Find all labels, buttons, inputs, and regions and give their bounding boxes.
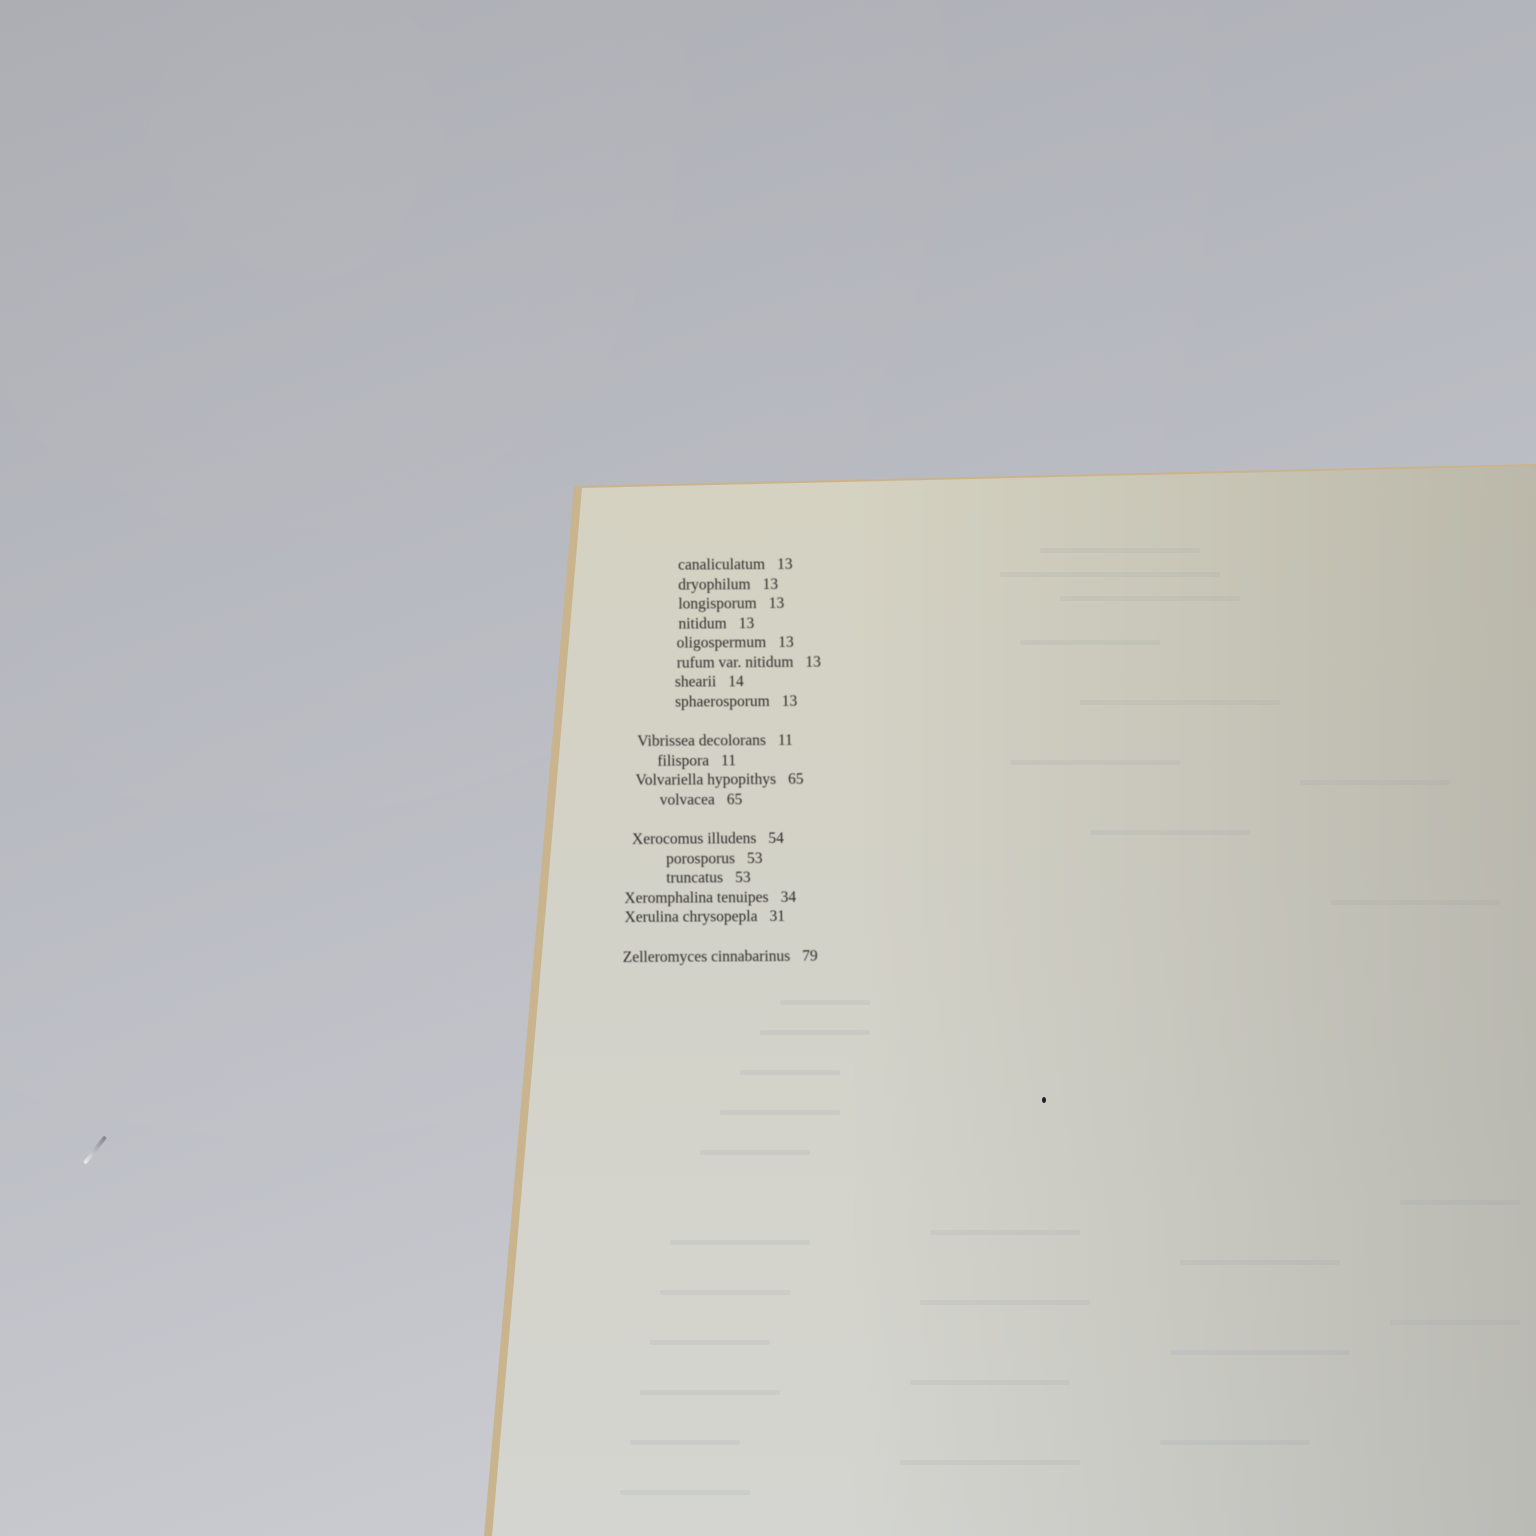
index-entry: rufum var. nitidum13 bbox=[621, 652, 821, 673]
index-entry: Xeromphalina tenuipes34 bbox=[622, 887, 822, 908]
index-page-number: 13 bbox=[769, 595, 785, 612]
index-page-number: 13 bbox=[782, 692, 798, 709]
index-group-v: Vibrissea decolorans11 filispora11 Volva… bbox=[621, 731, 822, 810]
index-entry: Vibrissea decolorans11 bbox=[621, 731, 821, 752]
index-term: longisporum bbox=[678, 595, 756, 613]
index-page-number: 11 bbox=[778, 732, 793, 749]
index-page-number: 13 bbox=[777, 556, 793, 573]
index-term: nitidum bbox=[678, 615, 726, 632]
index-entry: shearii14 bbox=[621, 672, 821, 693]
index-page-number: 65 bbox=[727, 791, 743, 808]
index-group-z: Zelleromyces cinnabarinus79 bbox=[623, 946, 823, 967]
index-group-v-subentries: canaliculatum13 dryophilum13 longisporum… bbox=[620, 555, 821, 712]
index-term: Xerocomus illudens bbox=[632, 830, 757, 848]
index-page-number: 13 bbox=[778, 634, 794, 651]
group-spacer bbox=[621, 711, 821, 732]
index-term: Vibrissea decolorans bbox=[637, 732, 766, 750]
index-page-number: 54 bbox=[768, 830, 784, 847]
index-page-number: 13 bbox=[762, 575, 778, 592]
index-term: Zelleromyces cinnabarinus bbox=[623, 947, 791, 965]
index-entry: Xerocomus illudens54 bbox=[622, 829, 822, 850]
index-entry: nitidum13 bbox=[620, 613, 820, 634]
index-list: canaliculatum13 dryophilum13 longisporum… bbox=[620, 555, 823, 967]
group-spacer bbox=[622, 809, 822, 830]
index-page-number: 31 bbox=[769, 908, 785, 925]
index-page-number: 13 bbox=[739, 615, 755, 632]
index-entry: oligospermum13 bbox=[621, 633, 821, 654]
index-term: dryophilum bbox=[678, 576, 750, 594]
index-entry: canaliculatum13 bbox=[620, 555, 820, 576]
index-term: sphaerosporum bbox=[675, 692, 770, 710]
index-entry: longisporum13 bbox=[620, 594, 820, 615]
ink-speck bbox=[1042, 1097, 1046, 1103]
index-term: filispora bbox=[657, 752, 709, 769]
index-entry: Zelleromyces cinnabarinus79 bbox=[623, 946, 823, 967]
index-page-number: 79 bbox=[802, 947, 818, 964]
surface-scuff-mark bbox=[83, 1135, 107, 1164]
index-entry: dryophilum13 bbox=[620, 574, 820, 595]
index-term: oligospermum bbox=[677, 634, 767, 652]
index-term: Xerulina chrysopepla bbox=[624, 908, 757, 926]
index-term: rufum var. nitidum bbox=[677, 653, 794, 671]
index-entry: Xerulina chrysopepla31 bbox=[622, 907, 822, 928]
index-page-number: 14 bbox=[728, 673, 744, 690]
index-term: porosporus bbox=[666, 850, 735, 867]
index-term: Volvariella hypopithys bbox=[636, 771, 777, 789]
index-term: canaliculatum bbox=[678, 556, 765, 574]
index-page-number: 65 bbox=[788, 771, 804, 788]
index-group-x: Xerocomus illudens54 porosporus53 trunca… bbox=[622, 829, 823, 928]
index-term: volvacea bbox=[660, 791, 715, 808]
index-page-number: 53 bbox=[747, 850, 763, 867]
index-entry: porosporus53 bbox=[622, 848, 822, 869]
index-term: shearii bbox=[675, 673, 716, 690]
index-entry: sphaerosporum13 bbox=[621, 691, 821, 712]
index-page-number: 34 bbox=[781, 888, 797, 905]
group-spacer bbox=[623, 926, 823, 947]
index-page-number: 13 bbox=[805, 653, 821, 670]
index-page-number: 11 bbox=[721, 752, 736, 769]
index-entry: Volvariella hypopithys65 bbox=[622, 770, 822, 791]
index-entry: truncatus53 bbox=[622, 868, 822, 889]
index-entry: filispora11 bbox=[621, 750, 821, 771]
index-term: truncatus bbox=[666, 869, 723, 886]
index-entry: volvacea65 bbox=[622, 789, 822, 810]
index-page-number: 53 bbox=[735, 869, 751, 886]
index-term: Xeromphalina tenuipes bbox=[624, 888, 768, 906]
